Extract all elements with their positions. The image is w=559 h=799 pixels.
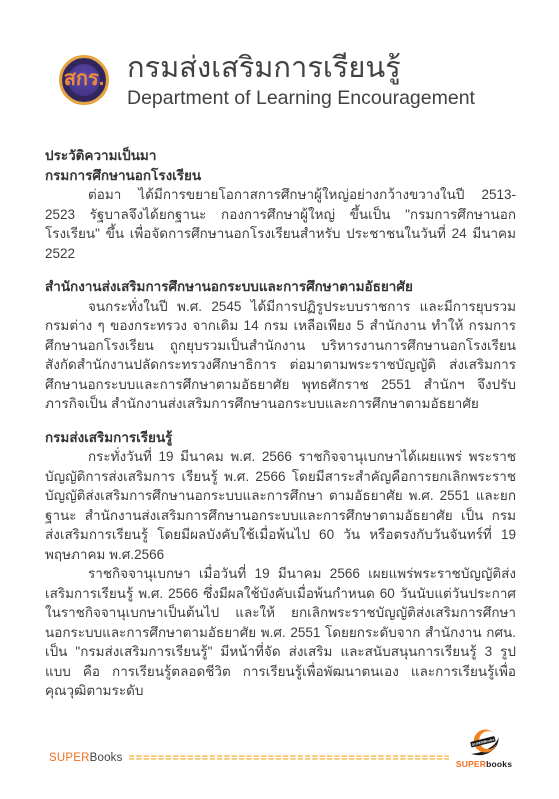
page-header: สกร. กรมส่งเสริมการเรียนรู้ Department o… (62, 50, 475, 110)
section-dole-department: กรมส่งเสริมการเรียนรู้ กระทั่งวันที่ 19 … (45, 428, 516, 701)
dole-logo-abbreviation: สกร. (64, 69, 105, 91)
section-heading: ประวัติความเป็นมา (45, 146, 516, 166)
dole-org-logo: สกร. (62, 58, 106, 102)
paragraph: ต่อมา ได้มีการขยายโอกาสการศึกษาผู้ใหญ่อย… (45, 185, 516, 263)
document-body: ประวัติความเป็นมา กรมการศึกษานอกโรงเรียน… (45, 146, 516, 701)
brand-right-books: books (486, 759, 512, 769)
section-subheading: กรมการศึกษานอกโรงเรียน (45, 166, 516, 186)
paragraph: จนกระทั่งในปี พ.ศ. 2545 ได้มีการปฏิรูประ… (45, 297, 516, 414)
section-heading: สำนักงานส่งเสริมการศึกษานอกระบบและการศึก… (45, 277, 516, 297)
section-onie-office: สำนักงานส่งเสริมการศึกษานอกระบบและการศึก… (45, 277, 516, 414)
superbooks-brand-left: SUPERBooks (49, 752, 123, 764)
section-history: ประวัติความเป็นมา กรมการศึกษานอกโรงเรียน… (45, 146, 516, 263)
org-title-english: Department of Learning Encouragement (127, 86, 475, 110)
header-title-block: กรมส่งเสริมการเรียนรู้ Department of Lea… (127, 50, 475, 110)
brand-left-super: SUPER (49, 752, 90, 764)
org-title-thai: กรมส่งเสริมการเรียนรู้ (127, 50, 475, 86)
paragraph: ราชกิจจานุเบกษา เมื่อวันที่ 19 มีนาคม 25… (45, 564, 516, 701)
brand-right-super: SUPER (456, 759, 486, 769)
superbooks-brand-right: SUPERBooks SUPERbooks (455, 729, 513, 769)
paragraph: กระทั่งวันที่ 19 มีนาคม พ.ศ. 2566 ราชกิจ… (45, 447, 516, 564)
document-page: สกร. กรมส่งเสริมการเรียนรู้ Department o… (0, 0, 559, 799)
brand-left-books: Books (90, 752, 123, 764)
dashed-divider: ========================================… (129, 752, 449, 764)
brand-right-wordmark: SUPERbooks (456, 759, 512, 769)
page-footer: SUPERBooks =============================… (49, 752, 513, 764)
section-heading: กรมส่งเสริมการเรียนรู้ (45, 428, 516, 448)
superbooks-swoosh-icon: SUPERBooks (467, 729, 501, 758)
